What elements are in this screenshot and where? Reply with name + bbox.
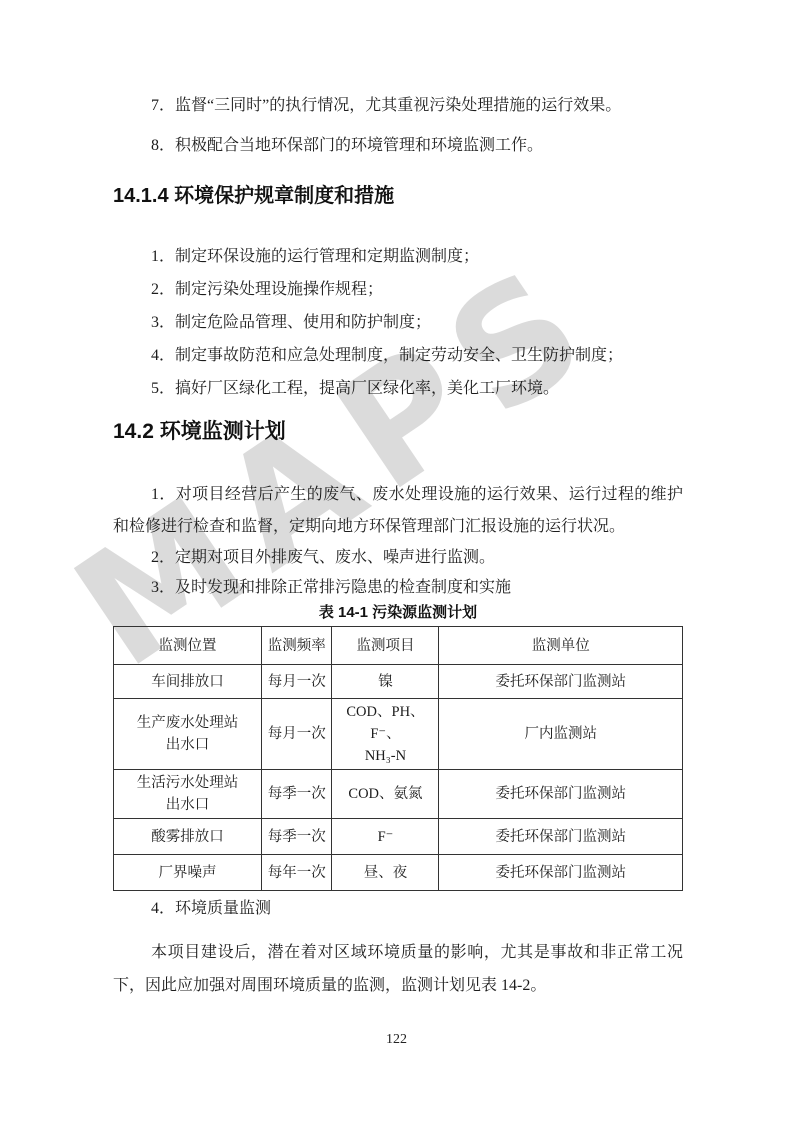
section-heading-14-1-4: 14.1.4 环境保护规章制度和措施 (113, 182, 683, 210)
document-page: { "watermark": { "text": "MAPS" }, "page… (0, 0, 793, 1122)
table-cell: 昼、夜 (332, 855, 439, 891)
monitor-item-4: 4．环境质量监测 (113, 894, 683, 924)
list-item-7: 7．监督“三同时”的执行情况，尤其重视污染处理措施的运行效果。 (113, 86, 683, 126)
table-cell: COD、PH、F⁻、 NH₃-N (332, 699, 439, 770)
rule-item-2: 2．制定污染处理设施操作规程； (113, 273, 683, 306)
table-cell: 每季一次 (261, 819, 332, 855)
page-number: 122 (0, 1032, 793, 1048)
table-row: 厂界噪声 每年一次 昼、夜 委托环保部门监测站 (114, 855, 683, 891)
list-item-8: 8．积极配合当地环保部门的环境管理和环境监测工作。 (113, 126, 683, 166)
table-cell: 生活污水处理站 出水口 (114, 770, 262, 819)
monitor-para-2: 本项目建设后，潜在着对区域环境质量的影响，尤其是事故和非正常工况下，因此应加强对… (113, 936, 683, 1002)
table-row: 酸雾排放口 每季一次 F⁻ 委托环保部门监测站 (114, 819, 683, 855)
header-cell-frequency: 监测频率 (261, 627, 332, 665)
table-cell: 生产废水处理站 出水口 (114, 699, 262, 770)
table-cell: 委托环保部门监测站 (439, 819, 683, 855)
table-cell: 厂界噪声 (114, 855, 262, 891)
table-caption: 表 14-1 污染源监测计划 (113, 603, 683, 623)
table-cell: 酸雾排放口 (114, 819, 262, 855)
header-cell-unit: 监测单位 (439, 627, 683, 665)
table-cell: 每季一次 (261, 770, 332, 819)
page-content: 7．监督“三同时”的执行情况，尤其重视污染处理措施的运行效果。 8．积极配合当地… (0, 0, 793, 1002)
rule-item-5: 5．搞好厂区绿化工程，提高厂区绿化率，美化工厂环境。 (113, 372, 683, 405)
monitor-para-1: 1．对项目经营后产生的废气、废水处理设施的运行效果、运行过程的维护和检修进行检查… (113, 479, 683, 543)
table-cell: 委托环保部门监测站 (439, 665, 683, 699)
table-row: 车间排放口 每月一次 镍 委托环保部门监测站 (114, 665, 683, 699)
table-row: 生产废水处理站 出水口 每月一次 COD、PH、F⁻、 NH₃-N 厂内监测站 (114, 699, 683, 770)
monitor-item-3: 3．及时发现和排除正常排污隐患的检查制度和实施 (113, 573, 683, 603)
table-cell: 委托环保部门监测站 (439, 770, 683, 819)
table-header-row: 监测位置 监测频率 监测项目 监测单位 (114, 627, 683, 665)
table-cell: 委托环保部门监测站 (439, 855, 683, 891)
pollution-monitoring-table: 监测位置 监测频率 监测项目 监测单位 车间排放口 每月一次 镍 委托环保部门监… (113, 626, 683, 891)
rule-item-1: 1．制定环保设施的运行管理和定期监测制度； (113, 240, 683, 273)
table-cell: 厂内监测站 (439, 699, 683, 770)
monitor-item-2: 2．定期对项目外排废气、废水、噪声进行监测。 (113, 543, 683, 573)
table-cell: 每月一次 (261, 665, 332, 699)
table-cell: COD、氨氮 (332, 770, 439, 819)
table-cell: 镍 (332, 665, 439, 699)
table-cell: 车间排放口 (114, 665, 262, 699)
rule-item-4: 4．制定事故防范和应急处理制度，制定劳动安全、卫生防护制度； (113, 339, 683, 372)
section-heading-14-2: 14.2 环境监测计划 (113, 417, 683, 447)
table-cell: 每年一次 (261, 855, 332, 891)
rule-item-3: 3．制定危险品管理、使用和防护制度； (113, 306, 683, 339)
table-cell: F⁻ (332, 819, 439, 855)
header-cell-location: 监测位置 (114, 627, 262, 665)
table-row: 生活污水处理站 出水口 每季一次 COD、氨氮 委托环保部门监测站 (114, 770, 683, 819)
table-cell: 每月一次 (261, 699, 332, 770)
header-cell-item: 监测项目 (332, 627, 439, 665)
